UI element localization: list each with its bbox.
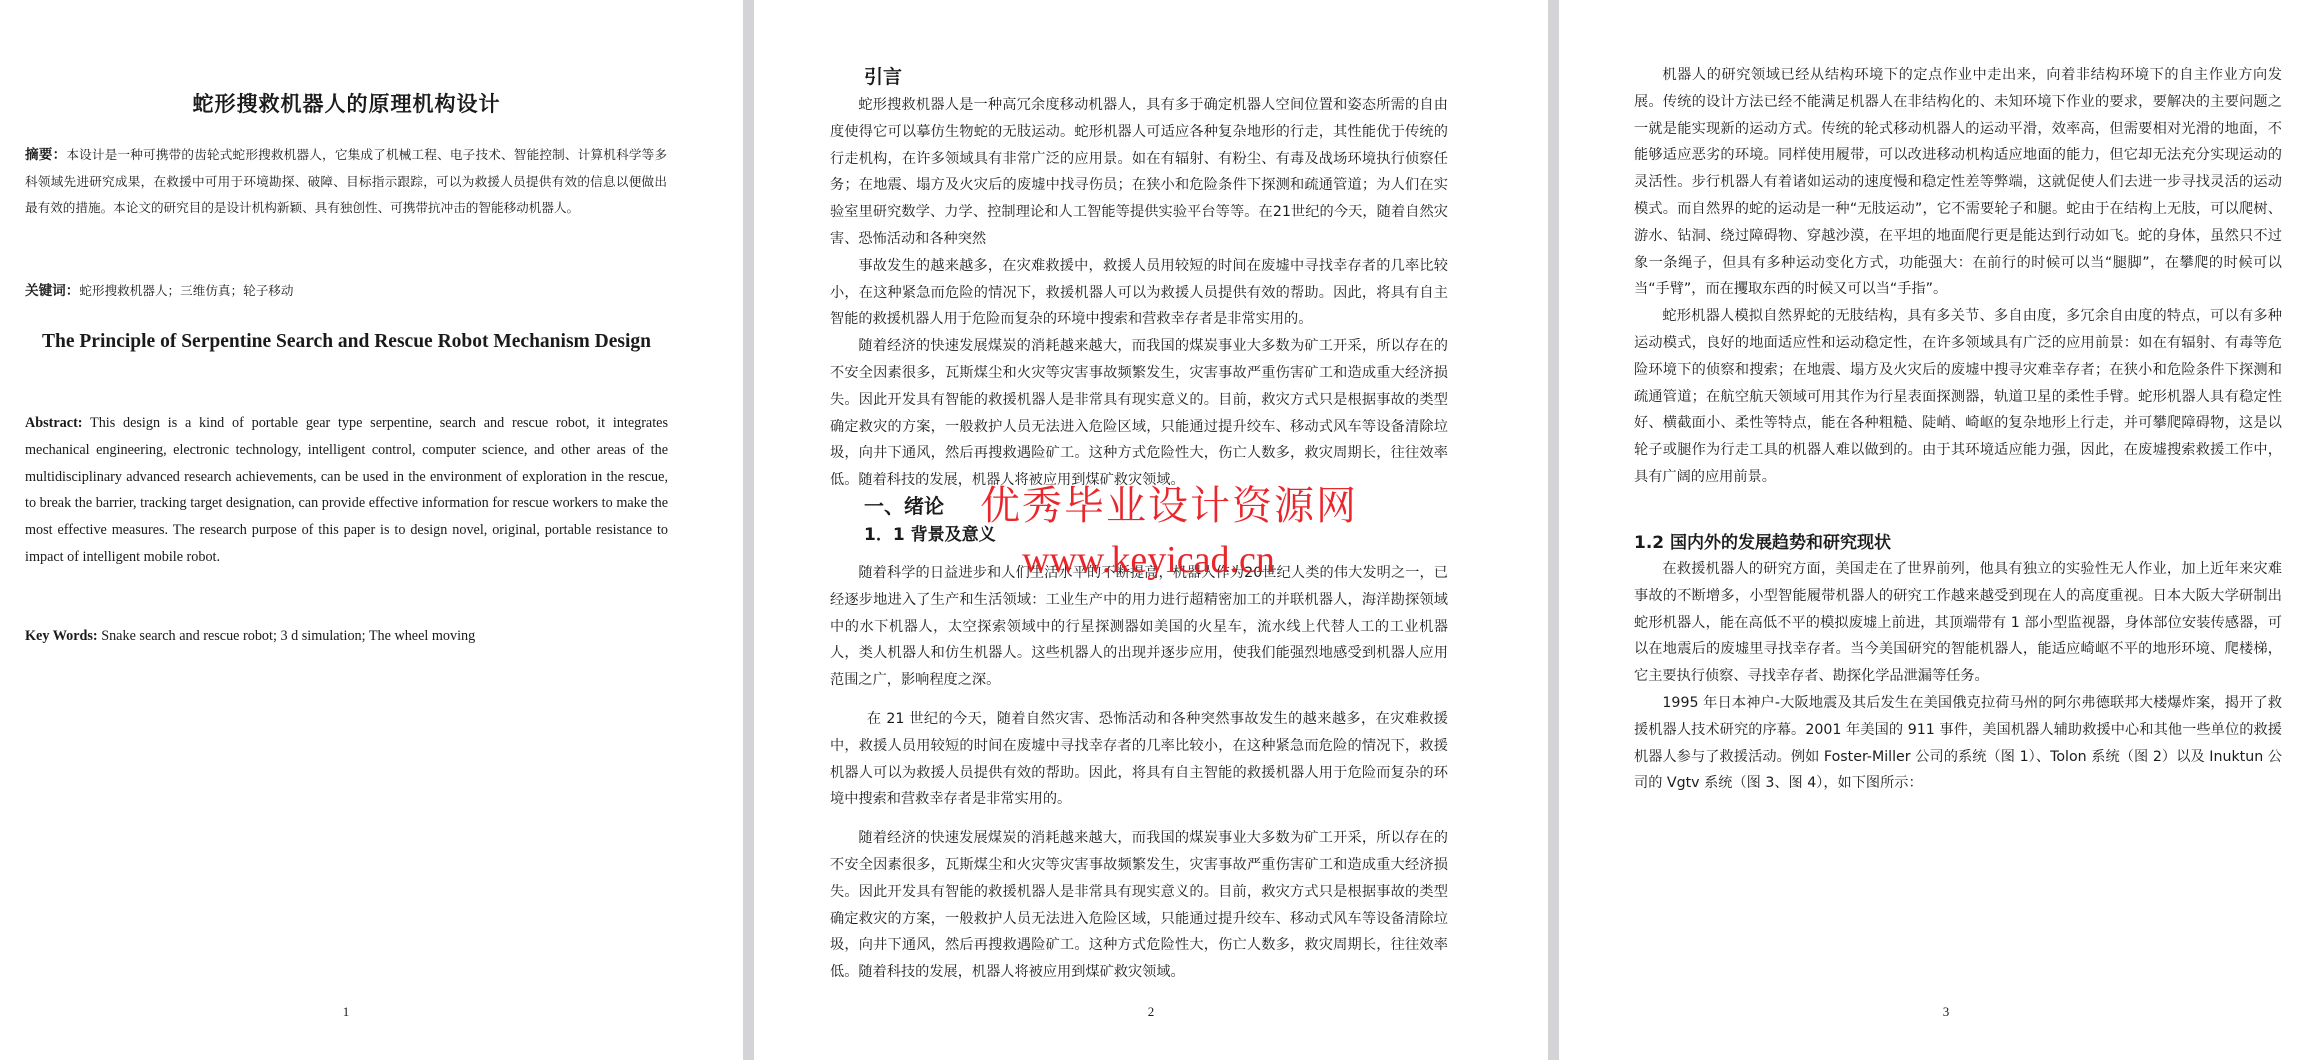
- en-keywords-label: Key Words:: [25, 628, 98, 644]
- en-keywords-text: Snake search and rescue robot; 3 d simul…: [101, 628, 475, 644]
- paragraph: 蛇形搜救机器人是一种高冗余度移动机器人，具有多于确定机器人空间位置和姿态所需的自…: [830, 92, 1448, 253]
- section-body: 随着科学的日益进步和人们生活水平的不断提高，机器人作为20世纪人类的伟大发明之一…: [830, 560, 1448, 986]
- paragraph: 1995 年日本神户-大阪地震及其后发生在美国俄克拉荷马州的阿尔弗德联邦大楼爆炸…: [1634, 690, 2282, 797]
- paragraph: 在救援机器人的研究方面，美国走在了世界前列，他具有独立的实验性无人作业，加上近年…: [1634, 556, 2282, 690]
- en-keywords: Key Words: Snake search and rescue robot…: [25, 628, 475, 645]
- page-number: 2: [1131, 1004, 1171, 1020]
- intro-heading: 引言: [864, 62, 902, 89]
- paragraph: 随着经济的快速发展煤炭的消耗越来越大，而我国的煤炭事业大多数为矿工开采，所以存在…: [830, 333, 1448, 494]
- en-abstract-label: Abstract:: [25, 415, 83, 431]
- document-page-2: 引言 蛇形搜救机器人是一种高冗余度移动机器人，具有多于确定机器人空间位置和姿态所…: [754, 0, 1548, 1060]
- document-page-3: 机器人的研究领域已经从结构环境下的定点作业中走出来，向着非结构环境下的自主作业方…: [1559, 0, 2310, 1060]
- cn-keywords: 关键词：蛇形搜救机器人；三维仿真；轮子移动: [25, 279, 293, 299]
- cn-abstract-label: 摘要：: [25, 147, 66, 163]
- page3-body: 机器人的研究领域已经从结构环境下的定点作业中走出来，向着非结构环境下的自主作业方…: [1634, 62, 2282, 491]
- page-gutter: [1548, 0, 1559, 1060]
- intro-body: 蛇形搜救机器人是一种高冗余度移动机器人，具有多于确定机器人空间位置和姿态所需的自…: [830, 92, 1448, 494]
- en-abstract: Abstract: This design is a kind of porta…: [25, 410, 668, 571]
- paragraph: 在 21 世纪的今天，随着自然灾害、恐怖活动和各种突然事故发生的越来越多，在灾难…: [830, 706, 1448, 813]
- paragraph: 随着经济的快速发展煤炭的消耗越来越大，而我国的煤炭事业大多数为矿工开采，所以存在…: [830, 825, 1448, 986]
- en-abstract-text: This design is a kind of portable gear t…: [25, 415, 668, 565]
- en-title: The Principle of Serpentine Search and R…: [30, 328, 663, 355]
- section-body: 在救援机器人的研究方面，美国走在了世界前列，他具有独立的实验性无人作业，加上近年…: [1634, 556, 2282, 797]
- document-page-1: 蛇形搜救机器人的原理机构设计 摘要：本设计是一种可携带的齿轮式蛇形搜救机器人，它…: [0, 0, 743, 1060]
- page-number: 3: [1926, 1004, 1966, 1020]
- paragraph: 事故发生的越来越多，在灾难救援中，救援人员用较短的时间在废墟中寻找幸存者的几率比…: [830, 253, 1448, 333]
- page-gutter: [743, 0, 754, 1060]
- paragraph: 随着科学的日益进步和人们生活水平的不断提高，机器人作为20世纪人类的伟大发明之一…: [830, 560, 1448, 694]
- cn-abstract: 摘要：本设计是一种可携带的齿轮式蛇形搜救机器人，它集成了机械工程、电子技术、智能…: [25, 142, 667, 222]
- page-number: 1: [326, 1004, 366, 1020]
- cn-keywords-label: 关键词：: [25, 283, 79, 299]
- cn-abstract-text: 本设计是一种可携带的齿轮式蛇形搜救机器人，它集成了机械工程、电子技术、智能控制、…: [25, 147, 667, 215]
- section-heading: 1．1 背景及意义: [864, 520, 996, 545]
- paragraph: 蛇形机器人模拟自然界蛇的无肢结构，具有多关节、多自由度，多冗余自由度的特点，可以…: [1634, 303, 2282, 491]
- section-heading: 1.2 国内外的发展趋势和研究现状: [1634, 528, 1891, 553]
- chapter-heading: 一、绪论: [864, 490, 944, 519]
- paragraph: 机器人的研究领域已经从结构环境下的定点作业中走出来，向着非结构环境下的自主作业方…: [1634, 62, 2282, 303]
- cn-keywords-text: 蛇形搜救机器人；三维仿真；轮子移动: [79, 283, 293, 298]
- cn-title: 蛇形搜救机器人的原理机构设计: [0, 88, 693, 118]
